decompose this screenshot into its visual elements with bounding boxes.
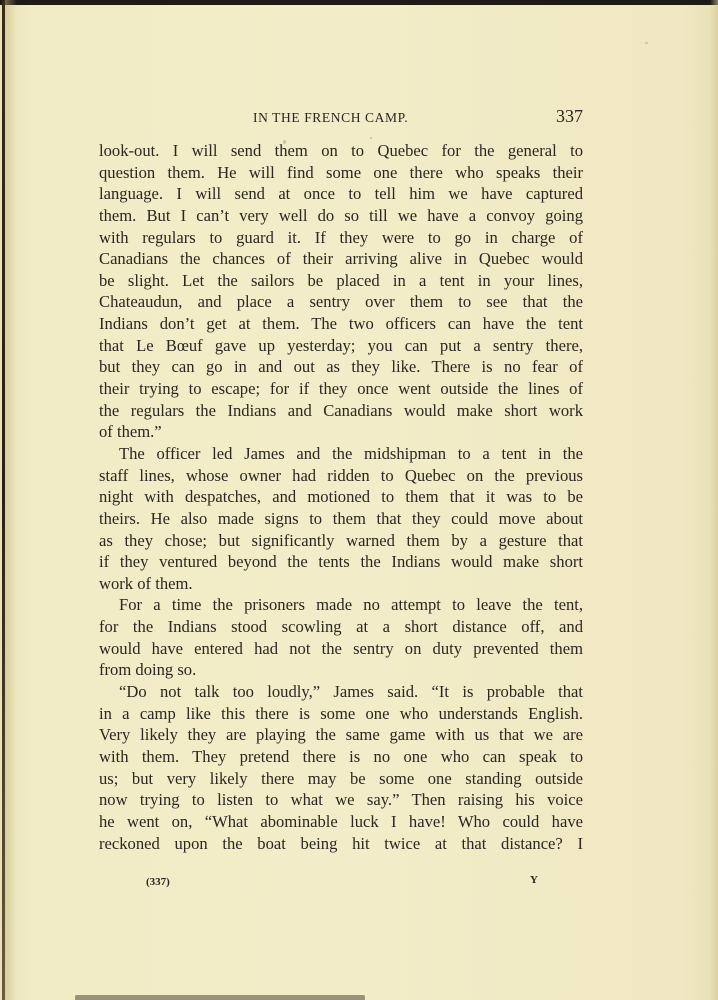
text-line: look-out. I will send them on to Quebec … (99, 140, 583, 162)
text-line: would have entered had not the sentry on… (99, 638, 583, 660)
text-line: in a camp like this there is some one wh… (99, 703, 583, 725)
text-line: work of them. (99, 573, 583, 595)
running-title: IN THE FRENCH CAMP. (253, 110, 408, 126)
page-right-shadow (710, 0, 718, 1000)
text-line: but they can go in and out as they like.… (99, 356, 583, 378)
text-line: us; but very likely there may be some on… (99, 768, 583, 790)
text-line: “Do not talk too loudly,” James said. “I… (99, 681, 583, 703)
text-line: if they ventured beyond the tents the In… (99, 551, 583, 573)
text-line: For a time the prisoners made no attempt… (99, 594, 583, 616)
paper-speck (370, 137, 372, 139)
signature-page-number: (337) (146, 876, 170, 888)
text-line: their trying to escape; for if they once… (99, 378, 583, 400)
text-line: of them.” (99, 421, 583, 443)
text-line: now trying to listen to what we say.” Th… (99, 789, 583, 811)
text-line: night with despatches, and motioned to t… (99, 486, 583, 508)
book-page: IN THE FRENCH CAMP. 337 look-out. I will… (0, 0, 718, 1000)
next-page-edge (75, 995, 365, 1000)
text-line: Canadians the chances of their arriving … (99, 248, 583, 270)
text-line: he went on, “What abominable luck I have… (99, 811, 583, 833)
text-line: the regulars the Indians and Canadians w… (99, 400, 583, 422)
text-line: be slight. Let the sailors be placed in … (99, 270, 583, 292)
text-line: Indians don’t get at them. The two offic… (99, 313, 583, 335)
page-top-edge (0, 0, 718, 5)
text-line: them. But I can’t very well do so till w… (99, 205, 583, 227)
paper-speck (645, 42, 648, 44)
text-line: staff lines, whose owner had ridden to Q… (99, 465, 583, 487)
text-line: for the Indians stood scowling at a shor… (99, 616, 583, 638)
page-number: 337 (556, 106, 583, 127)
text-line: Very likely they are playing the same ga… (99, 724, 583, 746)
text-line: The officer led James and the midshipman… (99, 443, 583, 465)
running-head: IN THE FRENCH CAMP. 337 (99, 106, 583, 128)
text-line: Chateaudun, and place a sentry over them… (99, 291, 583, 313)
text-line: question them. He will find some one the… (99, 162, 583, 184)
text-line: from doing so. (99, 659, 583, 681)
signature-mark: Y (530, 874, 538, 886)
text-line: language. I will send at once to tell hi… (99, 183, 583, 205)
text-line: theirs. He also made signs to them that … (99, 508, 583, 530)
text-line: reckoned upon the boat being hit twice a… (99, 833, 583, 855)
paper-speck (283, 140, 286, 144)
text-line: as they chose; but significantly warned … (99, 530, 583, 552)
text-line: with regulars to guard it. If they were … (99, 227, 583, 249)
text-line: with them. They pretend there is no one … (99, 746, 583, 768)
gutter-shadow (5, 0, 17, 1000)
body-text: look-out. I will send them on to Quebec … (99, 140, 583, 854)
text-line: that Le Bœuf gave up yesterday; you can … (99, 335, 583, 357)
